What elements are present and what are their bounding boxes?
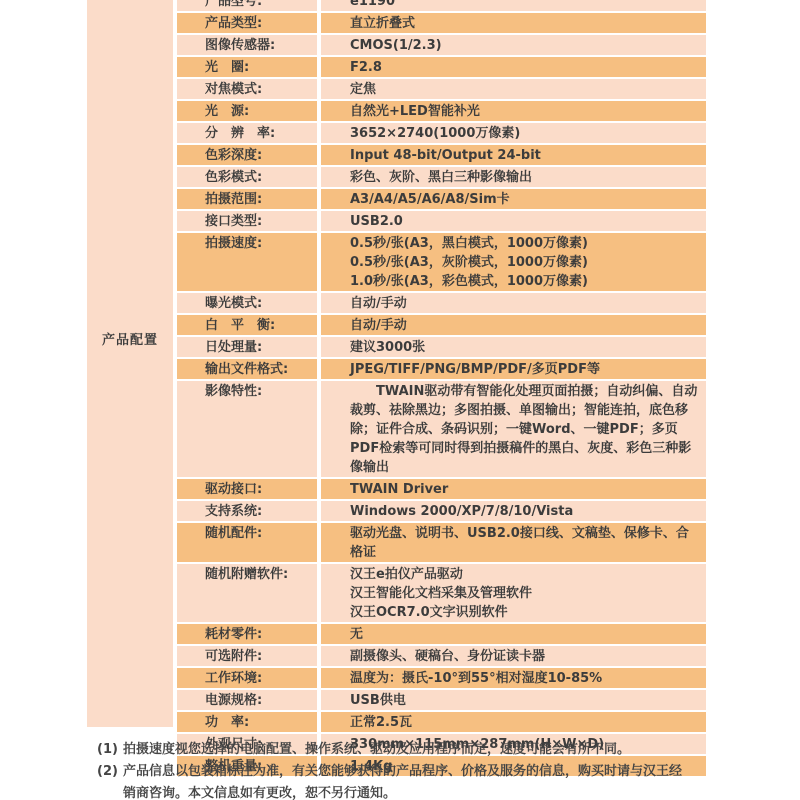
footnote: (2) 产品信息以包装箱标注为准，有关您能够获得的产品程序、价格及服务的信息，购…: [97, 761, 687, 800]
spec-value: A3/A4/A5/A6/A8/Sim卡: [321, 189, 706, 209]
spec-label: 电源规格:: [177, 690, 317, 710]
spec-value: 无: [321, 624, 706, 644]
spec-value: 3652×2740(1000万像素): [321, 123, 706, 143]
spec-label: 输出文件格式:: [177, 359, 317, 379]
spec-value: 自动/手动: [321, 293, 706, 313]
spec-label: 支持系统:: [177, 501, 317, 521]
table-row: 驱动接口: TWAIN Driver: [177, 479, 706, 499]
footnotes: (1) 拍摄速度视您选择的电脑配置、操作系统、驱动及应用程序而定，速度可能会有所…: [97, 739, 687, 800]
spec-label: 白 平 衡:: [177, 315, 317, 335]
spec-value: 0.5秒/张(A3，黑白模式，1000万像素) 0.5秒/张(A3，灰阶模式，1…: [321, 233, 706, 291]
footnote: (1) 拍摄速度视您选择的电脑配置、操作系统、驱动及应用程序而定，速度可能会有所…: [97, 739, 687, 761]
table-row: 拍摄范围: A3/A4/A5/A6/A8/Sim卡: [177, 189, 706, 209]
table-row: 拍摄速度: 0.5秒/张(A3，黑白模式，1000万像素) 0.5秒/张(A3，…: [177, 233, 706, 291]
spec-value: 定焦: [321, 79, 706, 99]
spec-label: 光 圈:: [177, 57, 317, 77]
spec-label: 日处理量:: [177, 337, 317, 357]
spec-label: 拍摄速度:: [177, 233, 317, 291]
category-column: 产品配置: [87, 0, 173, 727]
spec-label: 接口类型:: [177, 211, 317, 231]
footnote-text: 产品信息以包装箱标注为准，有关您能够获得的产品程序、价格及服务的信息，购买时请与…: [123, 761, 687, 800]
table-row: 对焦模式: 定焦: [177, 79, 706, 99]
table-row: 产品类型: 直立折叠式: [177, 13, 706, 33]
spec-value: JPEG/TIFF/PNG/BMP/PDF/多页PDF等: [321, 359, 706, 379]
spec-label: 随机配件:: [177, 523, 317, 562]
spec-label: 产品型号:: [177, 0, 317, 11]
table-row: 色彩深度: Input 48-bit/Output 24-bit: [177, 145, 706, 165]
spec-value: 直立折叠式: [321, 13, 706, 33]
spec-label: 随机附赠软件:: [177, 564, 317, 622]
spec-label: 可选附件:: [177, 646, 317, 666]
spec-value: 正常2.5瓦: [321, 712, 706, 732]
spec-value: 建议3000张: [321, 337, 706, 357]
table-row: 分 辨 率: 3652×2740(1000万像素): [177, 123, 706, 143]
spec-label: 影像特性:: [177, 381, 317, 477]
spec-value: TWAIN Driver: [321, 479, 706, 499]
spec-value: 驱动光盘、说明书、USB2.0接口线、文稿垫、保修卡、合格证: [321, 523, 706, 562]
spec-value: TWAIN驱动带有智能化处理页面拍摄；自动纠偏、自动裁剪、祛除黑边；多图拍摄、单…: [321, 381, 706, 477]
category-label: 产品配置: [87, 329, 173, 348]
table-row: 耗材零件: 无: [177, 624, 706, 644]
spec-label: 光 源:: [177, 101, 317, 121]
table-row: 输出文件格式: JPEG/TIFF/PNG/BMP/PDF/多页PDF等: [177, 359, 706, 379]
table-row: 产品型号: e1190: [177, 0, 706, 11]
spec-value: 副摄像头、硬稿台、身份证读卡器: [321, 646, 706, 666]
spec-label: 产品类型:: [177, 13, 317, 33]
table-row: 图像传感器: CMOS(1/2.3): [177, 35, 706, 55]
footnote-marker: (2): [97, 761, 123, 800]
table-row: 曝光模式: 自动/手动: [177, 293, 706, 313]
table-row: 支持系统: Windows 2000/XP/7/8/10/Vista: [177, 501, 706, 521]
spec-label: 曝光模式:: [177, 293, 317, 313]
footnote-marker: (1): [97, 739, 123, 761]
table-row: 功 率: 正常2.5瓦: [177, 712, 706, 732]
spec-value: 自然光+LED智能补光: [321, 101, 706, 121]
spec-value: e1190: [321, 0, 706, 11]
spec-value: 彩色、灰阶、黑白三种影像输出: [321, 167, 706, 187]
spec-value: USB供电: [321, 690, 706, 710]
spec-label: 拍摄范围:: [177, 189, 317, 209]
table-row: 随机附赠软件: 汉王e拍仪产品驱动 汉王智能化文档采集及管理软件 汉王OCR7.…: [177, 564, 706, 622]
spec-value: CMOS(1/2.3): [321, 35, 706, 55]
spec-value: Windows 2000/XP/7/8/10/Vista: [321, 501, 706, 521]
spec-value: F2.8: [321, 57, 706, 77]
table-row: 色彩模式: 彩色、灰阶、黑白三种影像输出: [177, 167, 706, 187]
table-row: 白 平 衡: 自动/手动: [177, 315, 706, 335]
footnote-text: 拍摄速度视您选择的电脑配置、操作系统、驱动及应用程序而定，速度可能会有所不同。: [123, 739, 687, 761]
spec-value: USB2.0: [321, 211, 706, 231]
table-row: 电源规格: USB供电: [177, 690, 706, 710]
spec-label: 功 率:: [177, 712, 317, 732]
spec-label: 图像传感器:: [177, 35, 317, 55]
spec-label: 对焦模式:: [177, 79, 317, 99]
table-row: 光 源: 自然光+LED智能补光: [177, 101, 706, 121]
spec-label: 耗材零件:: [177, 624, 317, 644]
spec-label: 分 辨 率:: [177, 123, 317, 143]
spec-label: 工作环境:: [177, 668, 317, 688]
spec-table: 产品型号: e1190 产品类型: 直立折叠式 图像传感器: CMOS(1/2.…: [177, 0, 706, 776]
table-row: 日处理量: 建议3000张: [177, 337, 706, 357]
spec-value: 汉王e拍仪产品驱动 汉王智能化文档采集及管理软件 汉王OCR7.0文字识别软件: [321, 564, 706, 622]
table-row: 影像特性: TWAIN驱动带有智能化处理页面拍摄；自动纠偏、自动裁剪、祛除黑边；…: [177, 381, 706, 477]
spec-value: Input 48-bit/Output 24-bit: [321, 145, 706, 165]
spec-label: 驱动接口:: [177, 479, 317, 499]
spec-label: 色彩深度:: [177, 145, 317, 165]
table-row: 随机配件: 驱动光盘、说明书、USB2.0接口线、文稿垫、保修卡、合格证: [177, 523, 706, 562]
table-row: 接口类型: USB2.0: [177, 211, 706, 231]
table-row: 光 圈: F2.8: [177, 57, 706, 77]
spec-value: 温度为：摄氏-10°到55°相对湿度10-85%: [321, 668, 706, 688]
table-row: 可选附件: 副摄像头、硬稿台、身份证读卡器: [177, 646, 706, 666]
spec-label: 色彩模式:: [177, 167, 317, 187]
spec-value: 自动/手动: [321, 315, 706, 335]
table-row: 工作环境: 温度为：摄氏-10°到55°相对湿度10-85%: [177, 668, 706, 688]
